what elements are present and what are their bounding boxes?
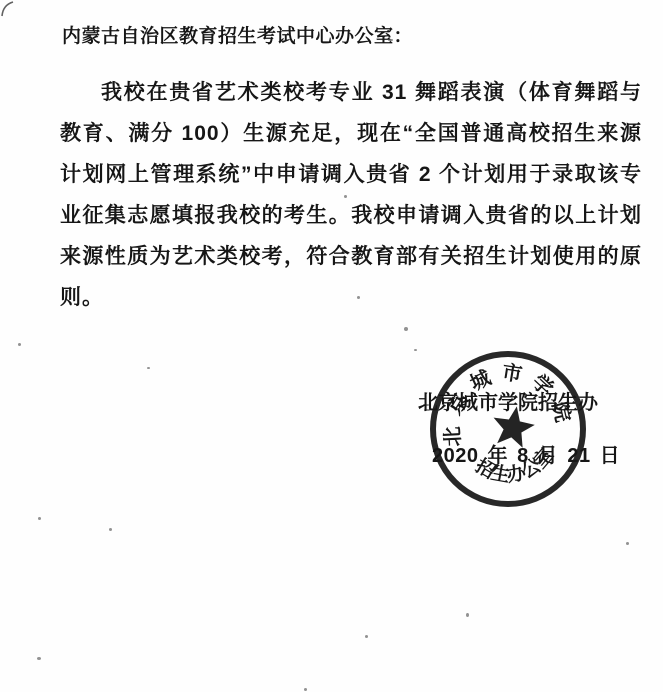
scan-speckle xyxy=(37,657,41,660)
scan-speckle xyxy=(344,195,347,198)
paragraph-line: 来源性质为艺术类校考，符合教育部有关招生计划使用的原 xyxy=(60,236,642,277)
scan-speckle xyxy=(38,517,41,520)
paragraph-line: 我校在贵省艺术类校考专业 31 舞蹈表演（体育舞蹈与 xyxy=(60,72,642,113)
scan-speckle xyxy=(109,528,112,531)
scan-speckle xyxy=(626,542,629,545)
paragraph-line: 则。 xyxy=(60,277,642,318)
scan-corner-mark xyxy=(0,0,18,20)
paragraph-line: 教育、满分 100）生源充足，现在“全国普通高校招生来源 xyxy=(60,113,642,154)
scanned-letter-page: 内蒙古自治区教育招生考试中心办公室： 我校在贵省艺术类校考专业 31 舞蹈表演（… xyxy=(0,0,663,692)
scan-speckle xyxy=(414,349,417,351)
scan-speckle xyxy=(147,367,150,369)
official-seal: 北京城市学院 招生办公室 xyxy=(423,344,593,514)
scan-speckle xyxy=(18,343,21,346)
salutation: 内蒙古自治区教育招生考试中心办公室： xyxy=(62,25,413,49)
paragraph-line: 计划网上管理系统”中申请调入贵省 2 个计划用于录取该专 xyxy=(60,154,642,195)
scan-speckle xyxy=(466,613,469,617)
scan-speckle xyxy=(404,327,408,331)
scan-speckle xyxy=(388,39,393,41)
body-paragraph: 我校在贵省艺术类校考专业 31 舞蹈表演（体育舞蹈与 教育、满分 100）生源充… xyxy=(60,72,642,318)
paragraph-line: 业征集志愿填报我校的考生。我校申请调入贵省的以上计划 xyxy=(60,195,642,236)
scan-speckle xyxy=(365,635,368,638)
scan-speckle xyxy=(304,688,307,691)
signature-line: 北京城市学院招生办 xyxy=(418,392,598,414)
scan-speckle xyxy=(357,296,360,299)
date-line: 2020 年 8 月 21 日 xyxy=(432,445,620,467)
